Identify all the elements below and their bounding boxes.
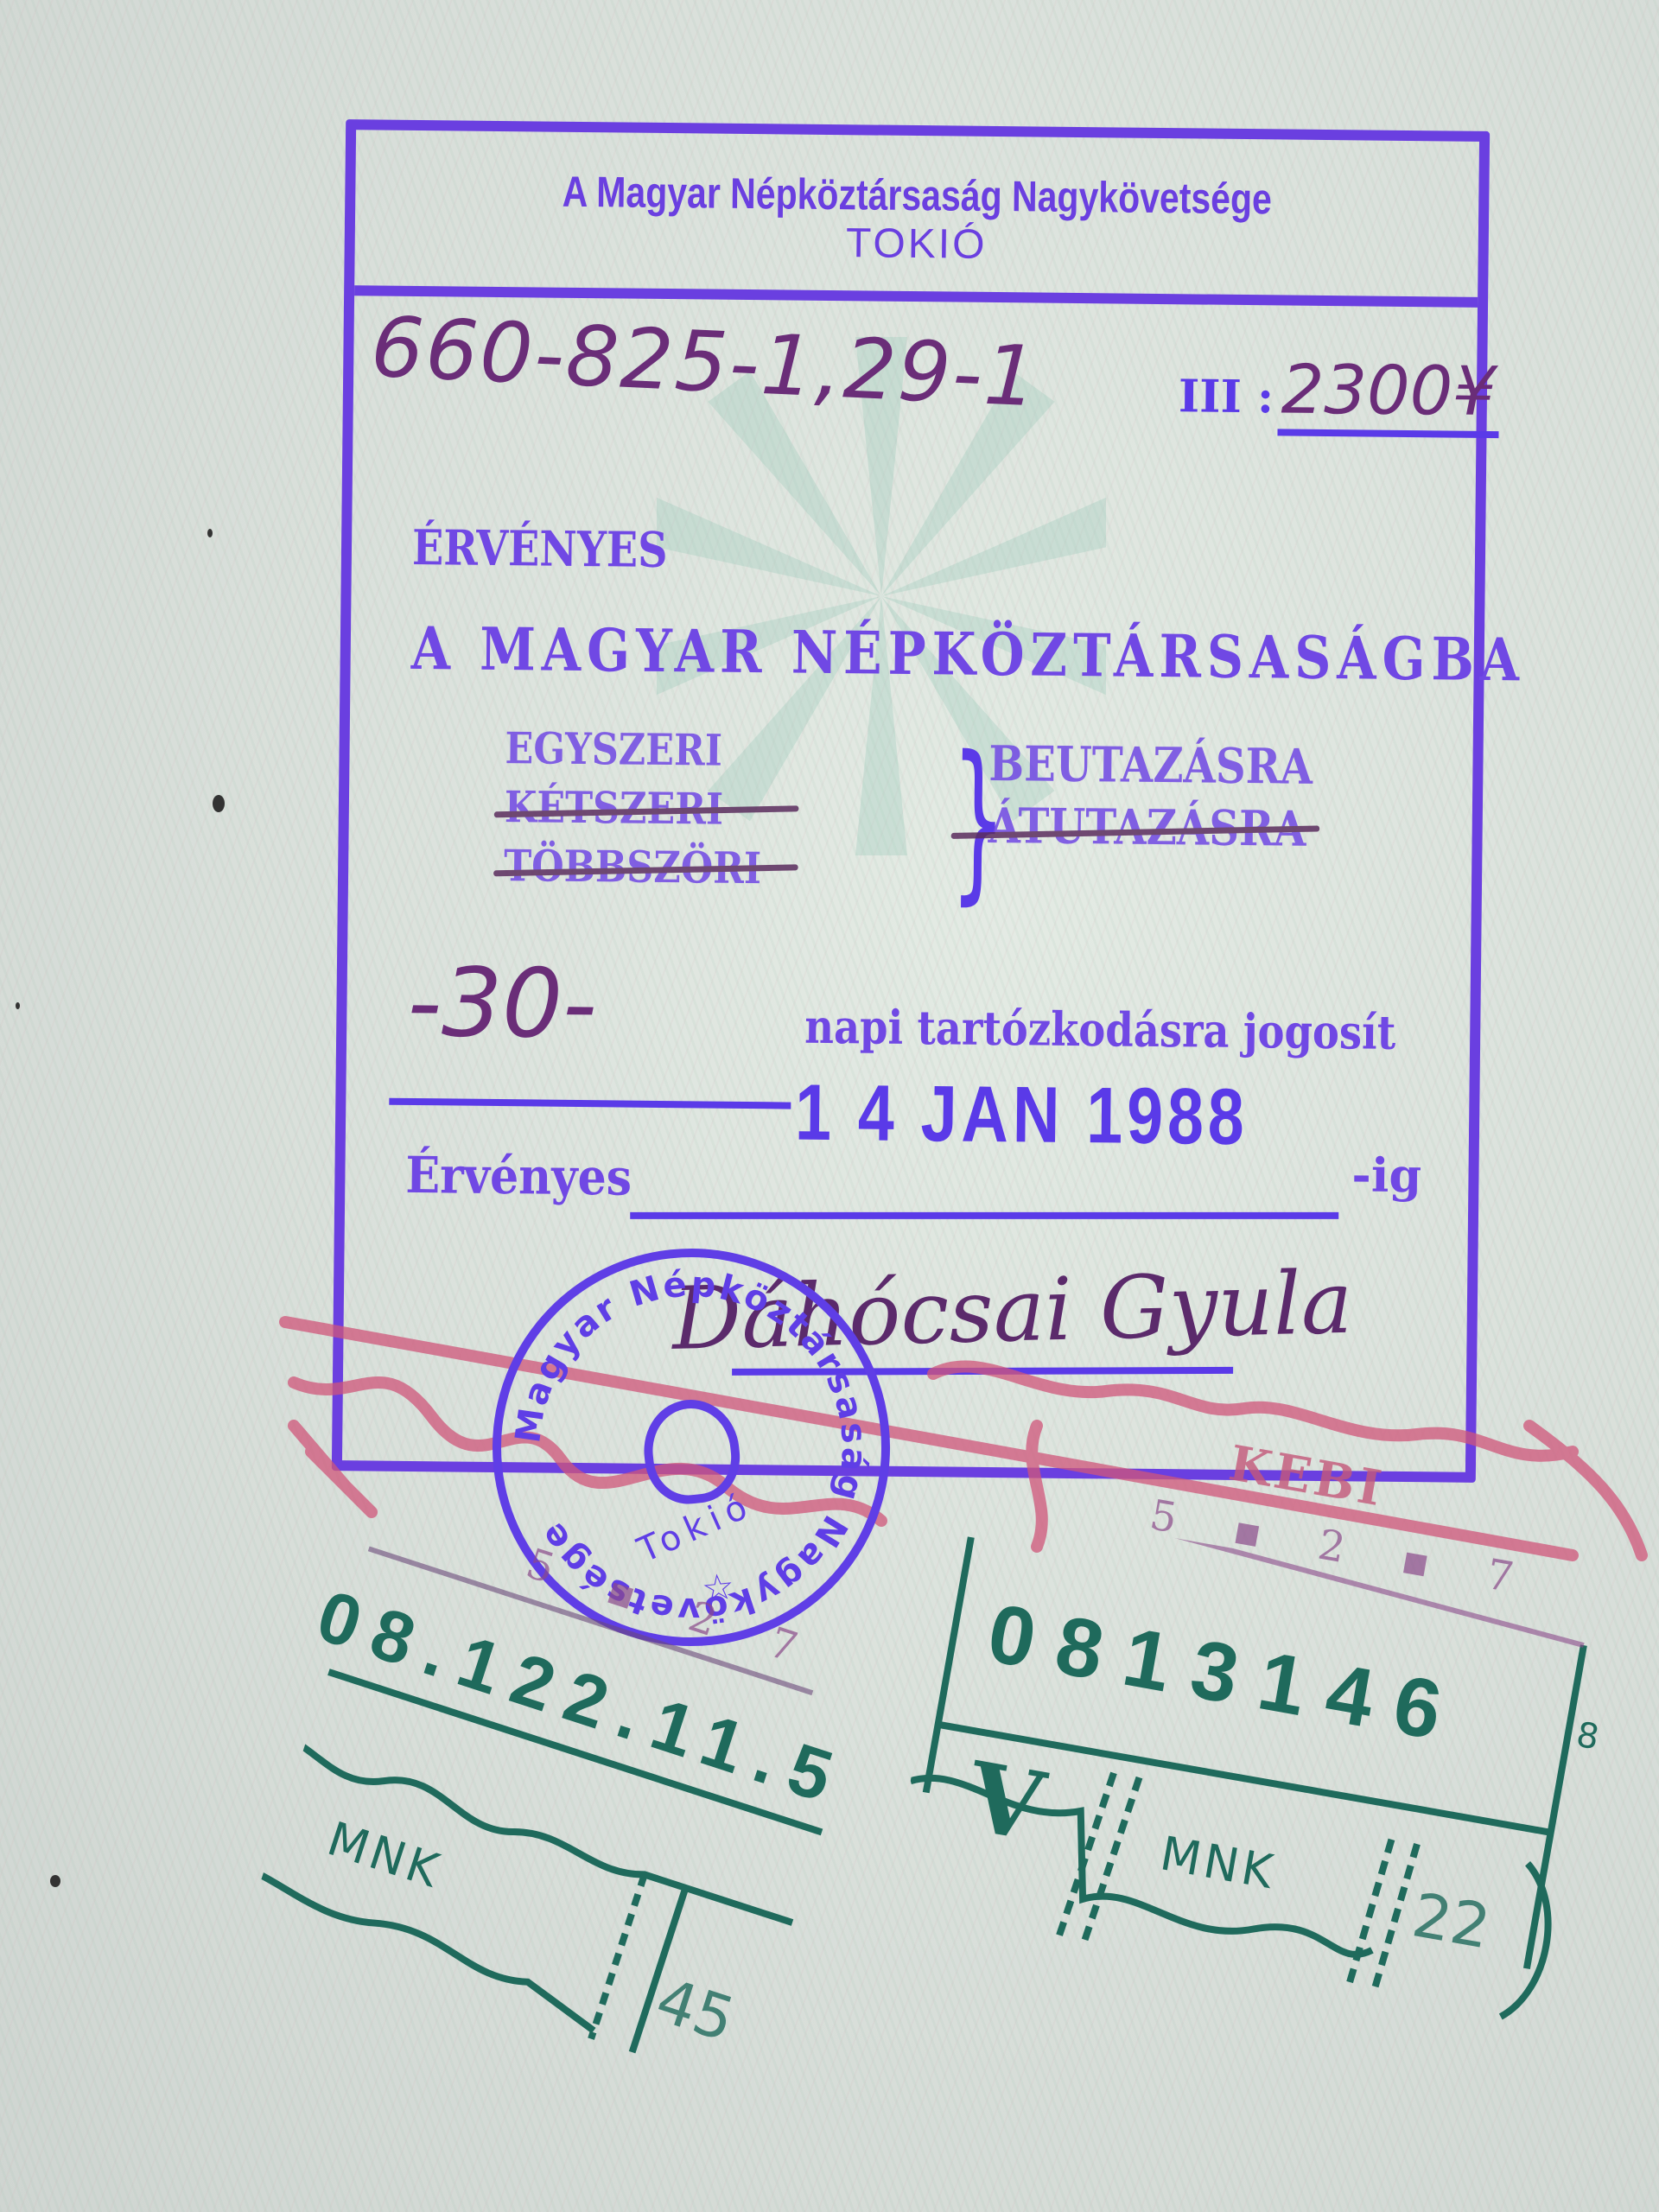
fee-value: 2300¥: [1277, 351, 1499, 438]
fee-label: III :: [1179, 370, 1274, 423]
purpose-options: BEUTAZÁSRA ÁTUTAZÁSRA: [988, 733, 1365, 861]
stay-text: napi tartózkodásra jogosít: [804, 999, 1396, 1060]
stay-days: -30-: [407, 947, 598, 1059]
expiry-underline: [630, 1169, 1338, 1219]
valid-country: A MAGYAR NÉPKÖZTÁRSASÁGBA: [410, 614, 1525, 695]
expiry-label: Érvényes: [405, 1146, 632, 1207]
entry-options: EGYSZERI KÉTSZERI TÖBBSZÖRI: [504, 719, 805, 899]
purpose-option-transit: ÁTUTAZÁSRA: [988, 795, 1312, 861]
entry-stamp-code: 22: [1408, 1879, 1496, 1962]
visa-header: A Magyar Népköztársaság Nagykövetsége TO…: [354, 130, 1479, 308]
entry-option-double: KÉTSZERI: [505, 778, 763, 839]
visa-number: 660-825-1,29-1: [369, 298, 1041, 425]
expiry-date: 1 4 JAN 1988: [795, 1068, 1249, 1163]
ink-speck: [207, 529, 213, 537]
valid-title: ÉRVÉNYES: [412, 519, 668, 579]
entry-option-multiple: TÖBBSZÖRI: [504, 836, 762, 898]
ink-speck: [50, 1875, 60, 1887]
visa-fee: III : 2300¥: [1179, 350, 1500, 431]
ink-speck: [213, 795, 225, 812]
entry-option-single: EGYSZERI: [505, 719, 763, 780]
expiry-suffix: -ig: [1351, 1147, 1421, 1203]
ink-speck: [16, 1002, 20, 1009]
entry-stamp: KEBI 5 ▪ 2 ▪ 7 0813146 V MNK 22 8: [882, 1500, 1624, 2060]
embassy-name: A Magyar Népköztársaság Nagykövetsége: [456, 165, 1378, 225]
purpose-option-entry: BEUTAZÁSRA: [988, 733, 1313, 798]
